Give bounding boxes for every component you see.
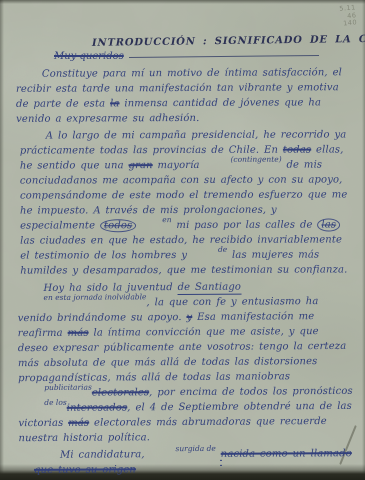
struck-text: más — [68, 328, 89, 339]
paragraph-3: Hoy ha sido la juventud de Santiagoen es… — [17, 279, 353, 446]
struck-text: gran — [129, 160, 153, 171]
manuscript-page: 5.11 46 140 INTRODUCCIÓN : SIGNIFICADO D… — [0, 0, 365, 480]
circled-correction: las — [317, 218, 340, 231]
manuscript-body: Constituye para mí un motivo de íntima s… — [16, 66, 353, 477]
paragraph-1: Constituye para mí un motivo de íntima s… — [16, 65, 353, 127]
inserted-text: en esta jornada inolvidable — [18, 297, 147, 298]
strike-rule — [129, 55, 319, 58]
struck-salutation: Muy queridos — [54, 51, 124, 62]
struck-text: electorales — [92, 387, 149, 398]
manuscript-content: INTRODUCCIÓN : SIGNIFICADO DE LA CANDIDA… — [0, 0, 365, 477]
text-segment: Mi candidatura, — [60, 449, 150, 460]
salutation-line: Muy queridos — [54, 50, 333, 63]
struck-text: más — [68, 418, 89, 429]
struck-text: todas — [283, 145, 311, 156]
text-segment: mayoría — [153, 160, 205, 171]
document-title: INTRODUCCIÓN : SIGNIFICADO DE LA CANDIDA… — [92, 34, 353, 49]
circled-correction: todos — [100, 219, 136, 232]
inserted-text: publicitarias — [18, 388, 92, 389]
text-segment: , por encima de todos los pronósticos — [149, 386, 353, 398]
paragraph-4: Mi candidatura, surgida de nacida como u… — [34, 446, 353, 478]
paragraph-2: A lo largo de mi campaña presidencial, h… — [20, 127, 354, 278]
text-segment: mi paso por las calles de — [172, 220, 318, 232]
underlined-text: de Santiago — [178, 282, 242, 295]
struck-text: interesados — [67, 402, 128, 413]
